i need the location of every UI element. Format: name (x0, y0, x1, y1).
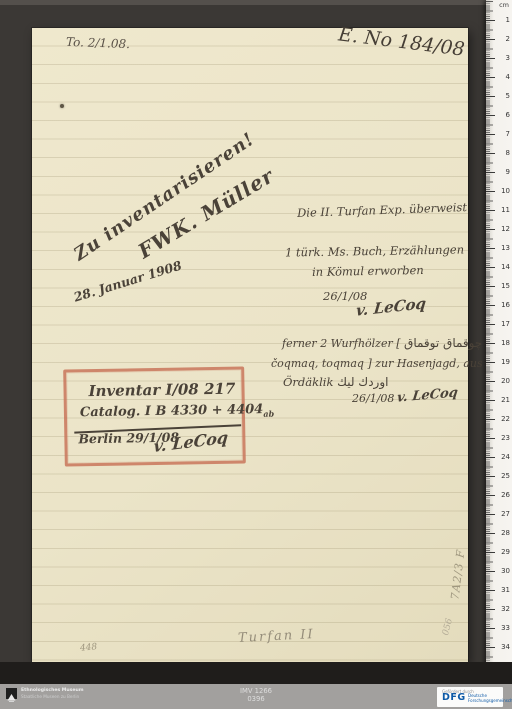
ruler-cm-tick (486, 96, 495, 97)
document-scan-page: To. 2/1.08. E. No 184/08 Zu inventarisie… (0, 0, 512, 709)
ruler-cm-tick (486, 533, 495, 534)
ruler-cm-tick (486, 552, 495, 553)
ruler-number: 19 (501, 358, 510, 366)
ruler-number: 24 (501, 453, 510, 461)
ruler-cm-tick (486, 153, 495, 154)
ruler-number: 18 (501, 339, 510, 347)
ruler-number: 4 (506, 73, 510, 81)
ruler-cm-tick (486, 286, 495, 287)
dfg-name-line2: Forschungsgemeinschaft (468, 699, 512, 704)
ruler-number: 8 (506, 149, 510, 157)
ruler-number: 33 (501, 624, 510, 632)
ruler-cm-tick (486, 39, 495, 40)
ruler-number: 16 (501, 301, 510, 309)
ruler-cm-tick (486, 628, 495, 629)
ruler-number: 9 (506, 168, 510, 176)
ruler-cm-tick (486, 400, 495, 401)
ruler-number: 29 (501, 548, 510, 556)
ruler-number: 2 (506, 35, 510, 43)
stamp-catalog-suffix: ab (263, 409, 274, 419)
ruler-number: 25 (501, 472, 510, 480)
addendum-line3-arabic: اوردك ليك (337, 375, 388, 389)
addendum-note-date: 26/1/08 (352, 392, 394, 405)
ruler-number: 3 (506, 54, 510, 62)
ruler-cm-tick (486, 191, 495, 192)
ruler-number: 14 (501, 263, 510, 271)
scan-top-edge (0, 0, 512, 5)
ruler-number: 28 (501, 529, 510, 537)
header-note-left: To. 2/1.08. (66, 35, 130, 51)
ruler-number: 32 (501, 605, 510, 613)
ruler-cm-tick (486, 324, 495, 325)
transfer-note-line3: in Kömul erworben (312, 263, 424, 279)
ruler-number: 7 (506, 130, 510, 138)
stamp-catalog-line: Catalog. I B 4330 + 4404ab (80, 402, 274, 422)
ruler-number: 15 (501, 282, 510, 290)
ruler-cm-tick (486, 20, 495, 21)
cm-ruler: cm 1234567891011121314151617181920212223… (486, 0, 512, 686)
ruler-number: 26 (501, 491, 510, 499)
dfg-acronym: DFG (442, 692, 466, 703)
ruler-cm-tick (486, 438, 495, 439)
ruler-cm-tick (486, 495, 495, 496)
ruler-cm-tick (486, 590, 495, 591)
ruler-cm-tick (486, 305, 495, 306)
ruler-cm-tick (486, 343, 495, 344)
ruler-cm-tick (486, 647, 495, 648)
ruler-number: 30 (501, 567, 510, 575)
ruler-number: 10 (501, 187, 510, 195)
ruler-cm-tick (486, 134, 495, 135)
ruler-cm-tick (486, 476, 495, 477)
ruler-number: 22 (501, 415, 510, 423)
ruler-cm-tick (486, 419, 495, 420)
scan-reference: IMV 1266 0396 (0, 687, 512, 704)
ruler-cm-tick (486, 267, 495, 268)
addendum-line3-latin: Ördäklik (283, 375, 337, 389)
ruler-number: 23 (501, 434, 510, 442)
ruler-number: 21 (501, 396, 510, 404)
ruler-number: 1 (506, 16, 510, 24)
scan-reference-page: 0396 (0, 695, 512, 704)
addendum-note-line2: čoqmaq, toqmaq ] zur Hasenjagd, aus (271, 357, 483, 370)
ruler-cm-tick (486, 77, 495, 78)
ruler-cm-tick (486, 172, 495, 173)
ruler-number: 17 (501, 320, 510, 328)
ruler-number: 27 (501, 510, 510, 518)
addendum-line1-arabic: چوقماق توقماق (404, 336, 482, 350)
footer-dark-band (0, 662, 512, 686)
ruler-number: 11 (501, 206, 510, 214)
ruler-number: 34 (501, 643, 510, 651)
dfg-logo: Gefördert durch DFG Deutsche Forschungsg… (437, 687, 503, 707)
stamp-inventar-line: Inventar I/08 217 (88, 380, 235, 401)
addendum-note-line1: ferner 2 Wurfhölzer [ چوقماق توقماق (282, 336, 482, 350)
ruler-cm-tick (486, 115, 495, 116)
ruler-cm-tick (486, 571, 495, 572)
footer-bar: Ethnologisches Museum Staatliche Museen … (0, 684, 512, 709)
ruler-cm-tick (486, 457, 495, 458)
ruler-cm-tick (486, 381, 495, 382)
ruler-cm-tick (486, 58, 495, 59)
ruler-cm-tick (486, 248, 495, 249)
addendum-note-line3: Ördäklik اوردك ليك (283, 375, 388, 389)
inventory-stamp-box: Inventar I/08 217 Catalog. I B 4330 + 44… (63, 366, 246, 466)
ruler-cm-tick (486, 609, 495, 610)
ruler-number: 5 (506, 92, 510, 100)
pinhole-mark (60, 104, 64, 108)
addendum-line1-latin: ferner 2 Wurfhölzer [ (282, 337, 404, 350)
ruler-cm-tick (486, 210, 495, 211)
pencil-number-bottom-left: 448 (80, 642, 98, 653)
scan-reference-id: IMV 1266 (0, 687, 512, 695)
ruler-cm-tick (486, 229, 495, 230)
ruler-cm-tick (486, 362, 495, 363)
stamp-catalog-number: Catalog. I B 4330 + 4404 (80, 402, 264, 420)
dfg-full-name: Deutsche Forschungsgemeinschaft (468, 694, 512, 703)
ruler-number: 13 (501, 244, 510, 252)
ruler-cm-tick (486, 514, 495, 515)
ruler-number: 6 (506, 111, 510, 119)
ruler-number: 12 (501, 225, 510, 233)
ruler-number: 31 (501, 586, 510, 594)
ruler-number: 20 (501, 377, 510, 385)
